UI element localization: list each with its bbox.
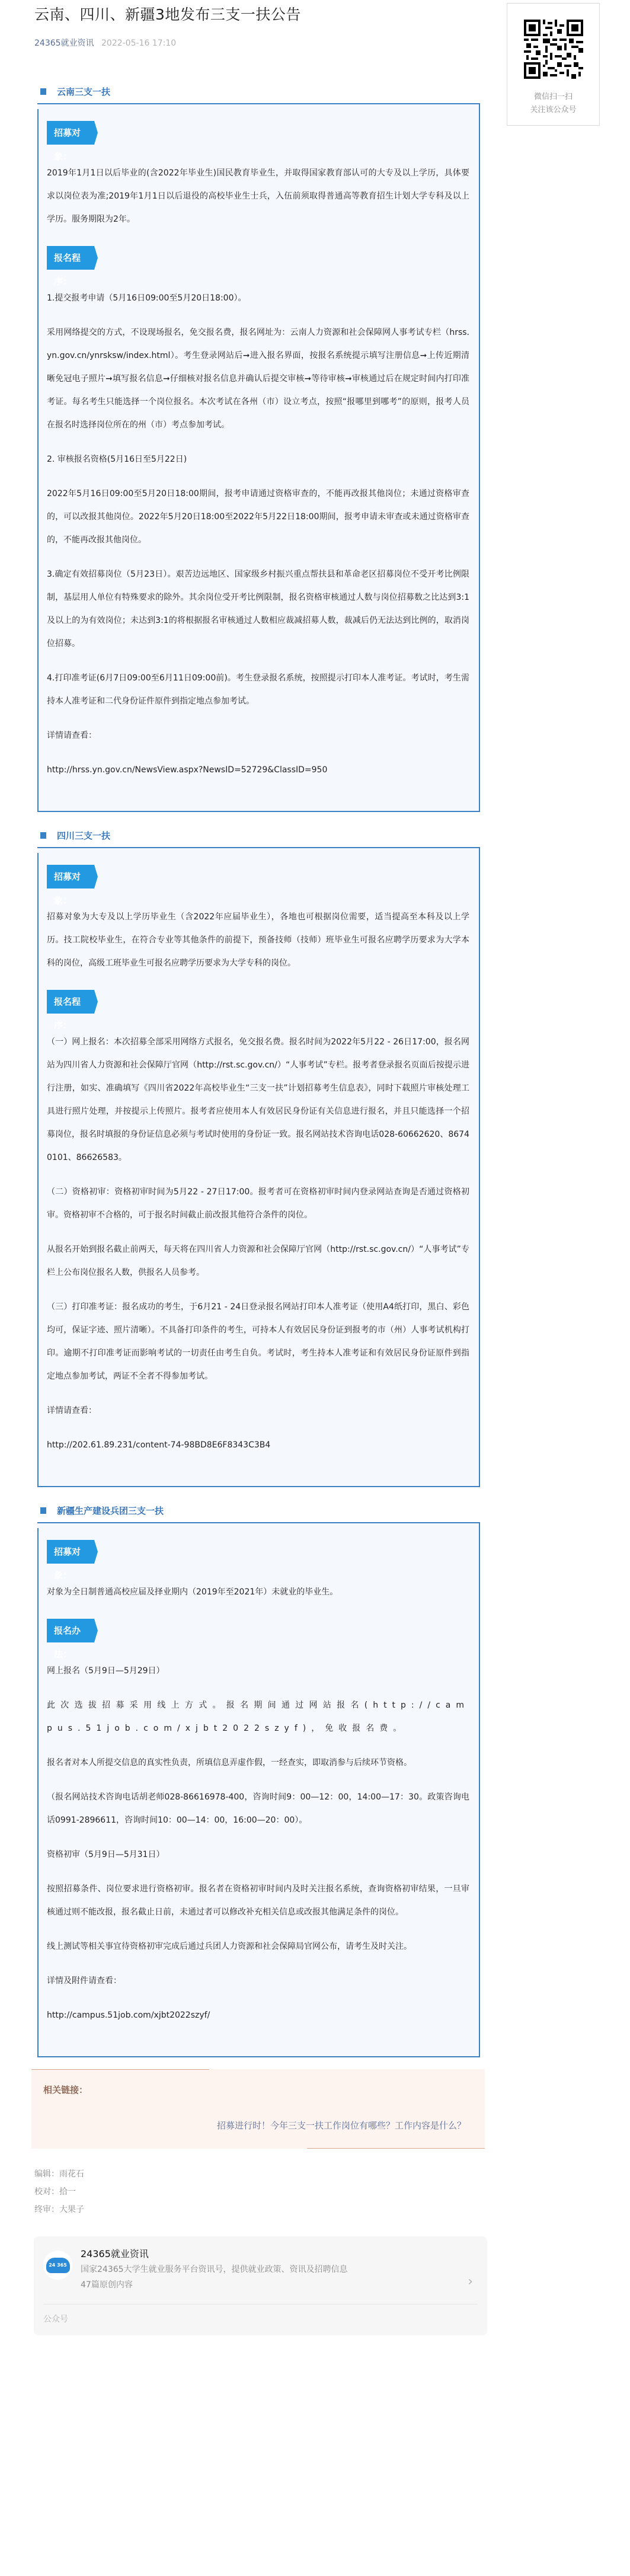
account-name: 24365就业资讯 [81,2247,478,2261]
qr-code-panel: 微信扫一扫 关注该公众号 [507,3,600,126]
detail-url: http://campus.51job.com/xjbt2022szyf/ [47,2004,469,2027]
paragraph: 此次选拔招募采用线上方式。报名期间通过网站报名(http://campus.51… [47,1694,469,1740]
account-description: 国家24365大学生就业服务平台资讯号，提供就业政策、资讯及招聘信息 [81,2262,478,2277]
cloud-logo-icon: 24 365 [46,2258,70,2273]
content-box: 招募对象： 2019年1月1日以后毕业的(含2022年毕业生)国民教育毕业生，并… [37,103,480,812]
section-xinjiang: 新疆生产建设兵团三支一扶 招募对象： 对象为全日制普通高校应届及择业期内（201… [34,1504,485,2057]
detail-url: http://202.61.89.231/content-74-98BD8E6F… [47,1434,469,1457]
section-heading: 云南三支一扶 [40,85,485,98]
paragraph: 网上报名（5月9日—5月29日） [47,1660,469,1683]
paragraph: （三）打印准考证：报名成功的考生，于6月21 - 24日登录报名网站打印本人准考… [47,1296,469,1388]
tag-recruit-target: 招募对象： [47,865,94,889]
account-avatar: 24 365 [43,2251,72,2280]
paragraph: 1.提交报考申请（5月16日09:00至5月20日18:00）。 [47,287,469,310]
content-box: 招募对象： 招募对象为大专及以上学历毕业生（含2022年应届毕业生），各地也可根… [37,847,480,1487]
paragraph: 3.确定有效招募岗位（5月23日）。艰苦边远地区、国家级乡村振兴重点帮扶县和革命… [47,563,469,656]
paragraph: 详情及附件请查看： [47,1970,469,1993]
account-card-main[interactable]: 24 365 24365就业资讯 国家24365大学生就业服务平台资讯号，提供就… [43,2247,478,2305]
chevron-right-icon[interactable]: › [468,2274,473,2289]
square-bullet-icon [40,88,46,95]
proofreader-credit: 校对：拾一 [34,2183,485,2201]
account-article-count: 47篇原创内容 [81,2278,478,2292]
section-heading-text: 云南三支一扶 [57,85,110,98]
related-article-link[interactable]: 招募进行时！今年三支一扶工作岗位有哪些？工作内容是什么？ [43,2119,473,2132]
paragraph: 4.打印准考证(6月7日09:00至6月11日09:00前)。考生登录报名系统，… [47,667,469,713]
section-yunnan: 云南三支一扶 招募对象： 2019年1月1日以后毕业的(含2022年毕业生)国民… [34,85,485,812]
account-card[interactable]: 24 365 24365就业资讯 国家24365大学生就业服务平台资讯号，提供就… [34,2236,487,2335]
paragraph: （一）网上报名：本次招募全部采用网络方式报名，免交报名费。报名时间为2022年5… [47,1031,469,1169]
paragraph: 线上测试等相关事宜待资格初审完成后通过兵团人力资源和社会保障局官网公布，请考生及… [47,1935,469,1958]
credits: 编辑：雨花石 校对：拾一 终审：大果子 [34,2165,485,2219]
tag-recruit-target: 招募对象： [47,1540,94,1564]
related-links-label: 相关链接： [43,2083,473,2096]
paragraph: 从报名开始到报名截止前两天，每天将在四川省人力资源和社会保障厅官网（http:/… [47,1238,469,1284]
section-heading: 四川三支一扶 [40,829,485,842]
paragraph: 招募对象为大专及以上学历毕业生（含2022年应届毕业生），各地也可根据岗位需要，… [47,906,469,975]
tag-registration-procedure: 报名程序： [47,246,94,270]
square-bullet-icon [40,1507,46,1514]
section-sichuan: 四川三支一扶 招募对象： 招募对象为大专及以上学历毕业生（含2022年应届毕业生… [34,829,485,1487]
paragraph: （报名网站技术咨询电话胡老师028-86616978-400，咨询时间9：00—… [47,1786,469,1832]
section-heading-text: 新疆生产建设兵团三支一扶 [57,1504,164,1517]
paragraph: 按照招募条件、岗位要求进行资格初审。报名者在资格初审时间内及时关注报名系统，查询… [47,1878,469,1924]
paragraph: 详情请查看： [47,1399,469,1423]
paragraph: 2. 审核报名资格(5月16日至5月22日) [47,448,469,471]
account-info: 24365就业资讯 国家24365大学生就业服务平台资讯号，提供就业政策、资讯及… [81,2247,478,2292]
paragraph: 采用网络提交的方式，不设现场报名，免交报名费，报名网址为：云南人力资源和社会保障… [47,321,469,437]
article-date: 2022-05-16 17:10 [101,39,176,48]
qr-caption-line2: 关注该公众号 [507,104,599,117]
tag-recruit-target: 招募对象： [47,121,94,145]
paragraph: （二）资格初审：资格初审时间为5月22 - 27日17:00。报考者可在资格初审… [47,1181,469,1227]
section-heading-text: 四川三支一扶 [57,829,110,842]
editor-credit: 编辑：雨花石 [34,2165,485,2183]
tag-registration-procedure: 报名程序： [47,990,94,1014]
square-bullet-icon [40,832,46,839]
account-type-label: 公众号 [43,2305,478,2335]
paragraph: 报名者对本人所提交信息的真实性负责，所填信息弄虚作假，一经查实，即取消参与后续环… [47,1752,469,1775]
article-source-link[interactable]: 24365就业资讯 [34,39,94,48]
article: 云南、四川、新疆3地发布三支一扶公告 24365就业资讯 2022-05-16 … [34,0,485,2335]
content-box: 招募对象： 对象为全日制普通高校应届及择业期内（2019年至2021年）未就业的… [37,1522,480,2057]
final-review-credit: 终审：大果子 [34,2201,485,2219]
section-heading: 新疆生产建设兵团三支一扶 [40,1504,485,1517]
paragraph: 对象为全日制普通高校应届及择业期内（2019年至2021年）未就业的毕业生。 [47,1581,469,1604]
paragraph: 2022年5月16日09:00至5月20日18:00期间，报考申请通过资格审查的… [47,482,469,552]
paragraph: 详情请查看： [47,724,469,747]
paragraph: 2019年1月1日以后毕业的(含2022年毕业生)国民教育毕业生，并取得国家教育… [47,162,469,231]
qr-code-pattern [524,20,583,79]
article-title: 云南、四川、新疆3地发布三支一扶公告 [34,5,485,25]
article-meta: 24365就业资讯 2022-05-16 17:10 [34,37,485,49]
qr-caption: 微信扫一扫 关注该公众号 [507,91,599,117]
detail-url: http://hrss.yn.gov.cn/NewsView.aspx?News… [47,759,469,782]
related-links: 相关链接： 招募进行时！今年三支一扶工作岗位有哪些？工作内容是什么？ [31,2069,485,2149]
tag-registration-method: 报名办法： [47,1619,94,1642]
paragraph: 资格初审（5月9日—5月31日） [47,1843,469,1867]
qr-code-image [524,20,583,79]
qr-caption-line1: 微信扫一扫 [507,91,599,104]
